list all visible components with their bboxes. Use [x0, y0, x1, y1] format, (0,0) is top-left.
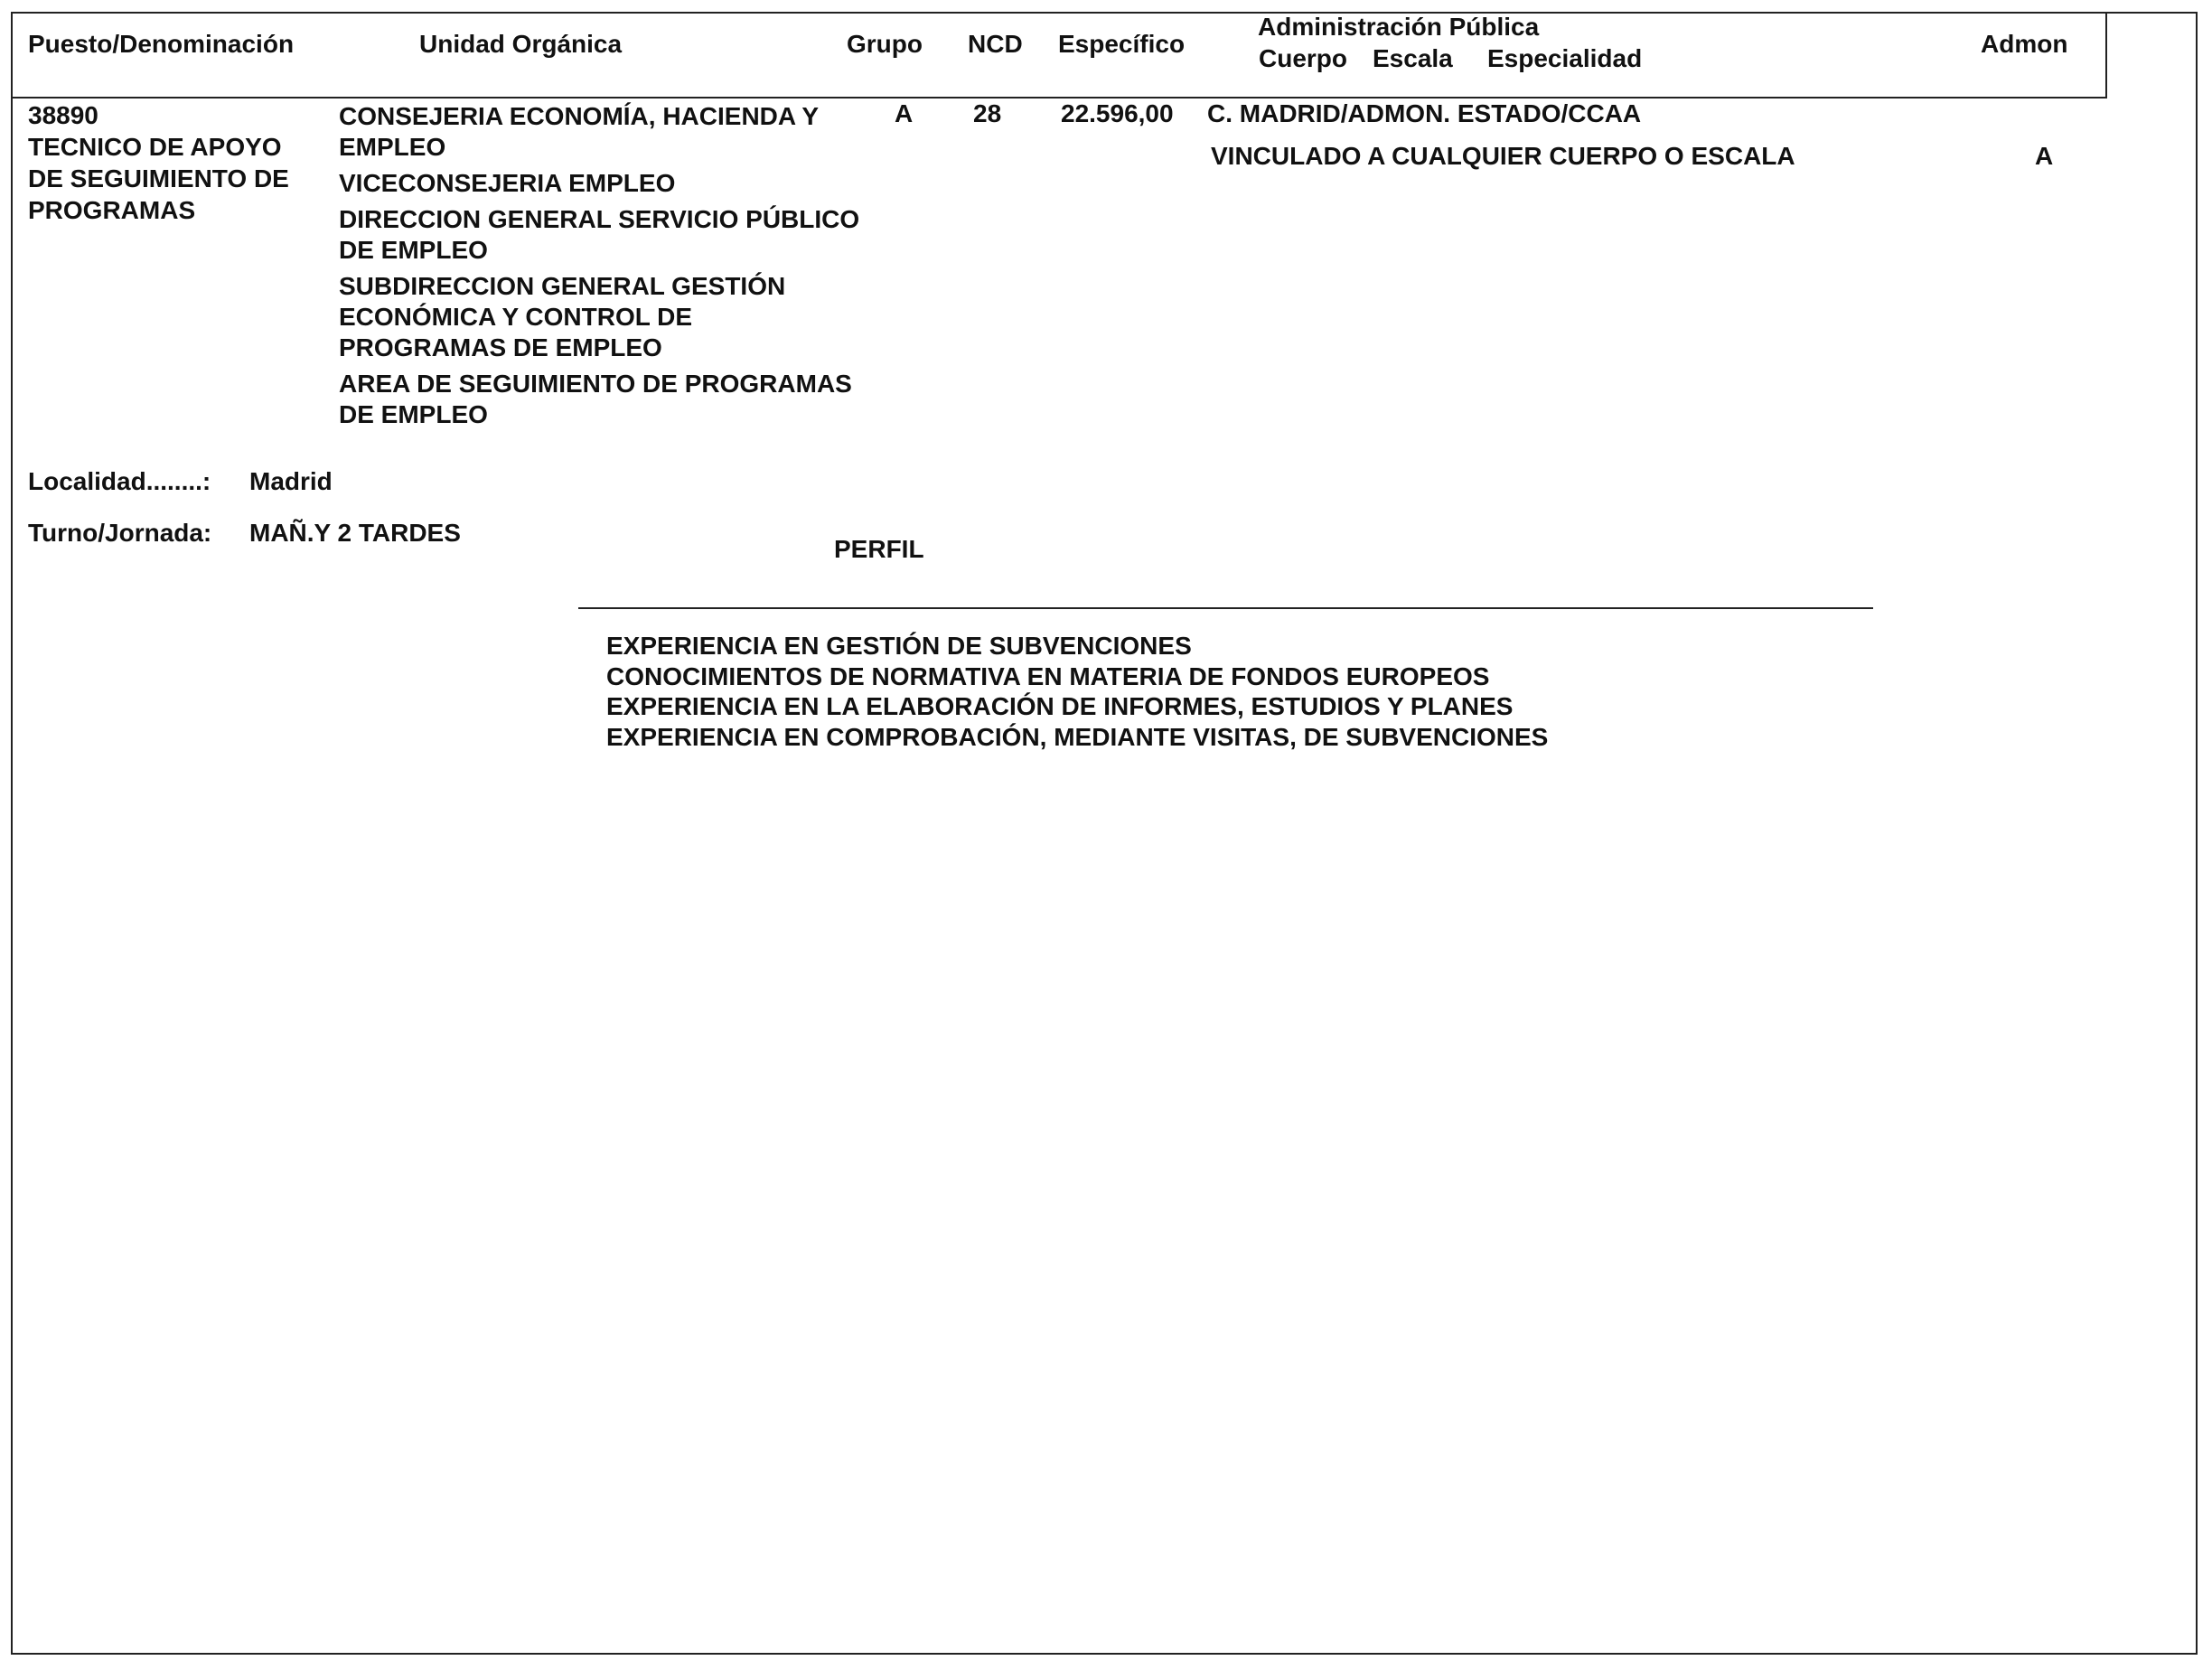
puesto-codigo: 38890	[28, 99, 335, 131]
cuerpo-escala-value: VINCULADO A CUALQUIER CUERPO O ESCALA	[1211, 144, 1795, 169]
header-ncd: NCD	[968, 32, 1023, 57]
header-especialidad: Especialidad	[1487, 46, 1642, 71]
puesto-denominacion-line: PROGRAMAS	[28, 194, 335, 226]
puesto-denominacion-line: TECNICO DE APOYO	[28, 131, 335, 163]
perfil-item: EXPERIENCIA EN GESTIÓN DE SUBVENCIONES	[606, 631, 1548, 661]
header-unidad: Unidad Orgánica	[419, 32, 622, 57]
perfil-item: EXPERIENCIA EN COMPROBACIÓN, MEDIANTE VI…	[606, 722, 1548, 753]
perfil-item: EXPERIENCIA EN LA ELABORACIÓN DE INFORME…	[606, 691, 1548, 722]
unidad-item: SUBDIRECCION GENERAL GESTIÓN ECONÓMICA Y…	[339, 271, 863, 363]
localidad-value: Madrid	[249, 469, 333, 494]
admon-value: A	[2035, 144, 2053, 169]
localidad-label: Localidad........:	[28, 469, 211, 494]
unidad-item: CONSEJERIA ECONOMÍA, HACIENDA Y EMPLEO	[339, 101, 863, 163]
header-admin-publica: Administración Pública	[1258, 14, 1539, 40]
perfil-item: CONOCIMIENTOS DE NORMATIVA EN MATERIA DE…	[606, 661, 1548, 692]
turno-label: Turno/Jornada:	[28, 521, 211, 546]
unidad-item: DIRECCION GENERAL SERVICIO PÚBLICO DE EM…	[339, 204, 863, 266]
puesto-cell: 38890 TECNICO DE APOYO DE SEGUIMIENTO DE…	[28, 99, 335, 226]
turno-value: MAÑ.Y 2 TARDES	[249, 521, 461, 546]
puesto-denominacion-line: DE SEGUIMIENTO DE	[28, 163, 335, 194]
unidad-item: AREA DE SEGUIMIENTO DE PROGRAMAS DE EMPL…	[339, 369, 863, 430]
perfil-divider	[578, 607, 1873, 609]
administracion-value: C. MADRID/ADMON. ESTADO/CCAA	[1207, 101, 1641, 127]
grupo-value: A	[895, 101, 913, 127]
ncd-value: 28	[973, 101, 1001, 127]
perfil-title: PERFIL	[834, 537, 924, 562]
header-admon: Admon	[1981, 32, 2067, 57]
header-puesto: Puesto/Denominación	[28, 32, 294, 57]
perfil-list: EXPERIENCIA EN GESTIÓN DE SUBVENCIONES C…	[606, 631, 1548, 752]
especifico-value: 22.596,00	[1061, 101, 1174, 127]
unidad-item: VICECONSEJERIA EMPLEO	[339, 168, 863, 199]
header-cuerpo: Cuerpo	[1259, 46, 1347, 71]
unidad-organica-cell: CONSEJERIA ECONOMÍA, HACIENDA Y EMPLEO V…	[339, 101, 863, 436]
header-escala: Escala	[1373, 46, 1453, 71]
header-especifico: Específico	[1058, 32, 1185, 57]
header-grupo: Grupo	[847, 32, 923, 57]
